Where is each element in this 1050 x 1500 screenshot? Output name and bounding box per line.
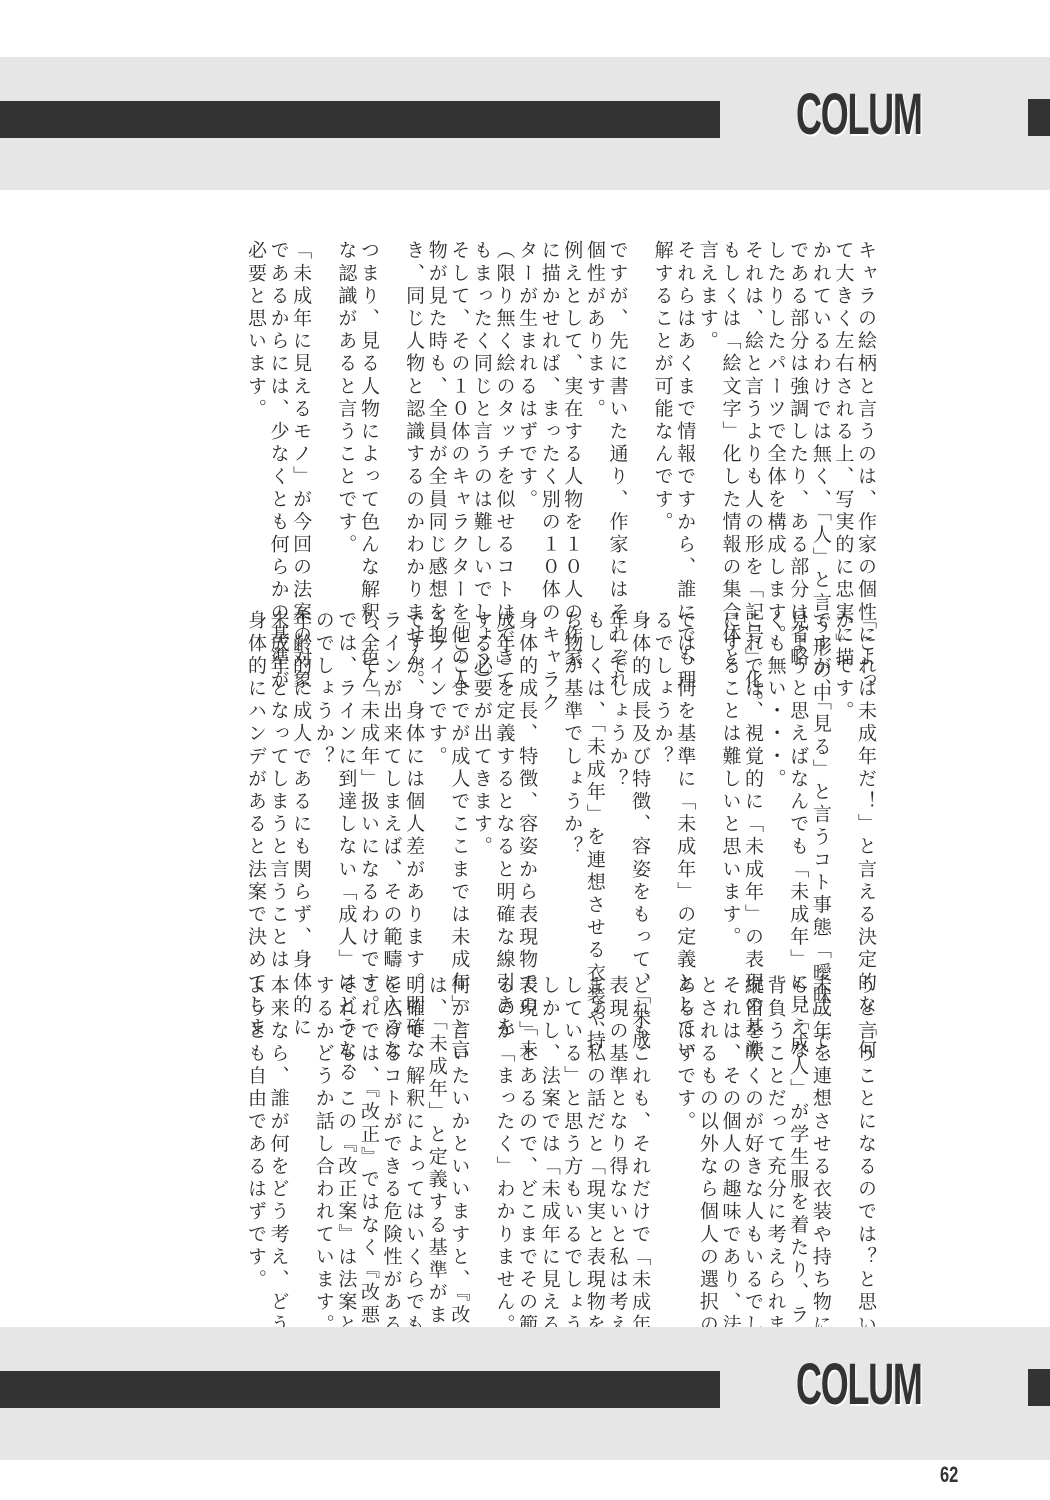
footer-banner: COLUM (0, 1327, 1050, 1460)
text-line: るのか「まったく」わかりません。 (493, 975, 516, 1337)
text-line: するかどうか話し合われています。 (312, 975, 335, 1337)
banner-bar (0, 101, 720, 138)
text-line: 必要と思います。 (244, 240, 267, 421)
text-line: 例えとして、実在する人物を１０人の作家 (561, 240, 584, 669)
page-number: 62 (940, 1462, 958, 1488)
text-line: したりしたパーツで全体を構成します。 (764, 240, 787, 647)
text-line: うラインです。 (425, 610, 448, 768)
text-line: する必要が出てきます。 (470, 610, 493, 859)
text-line: ら全て「未成年」扱いになるわけです。 (357, 610, 380, 1017)
text-line: くも無い・・・。 (764, 610, 787, 791)
text-line: な認識があると言うことです。 (335, 240, 358, 556)
text-line: もしくは「絵文字」化した情報の集合体と (719, 240, 742, 669)
text-line: ターが生まれるはずです。 (516, 240, 539, 511)
text-line: 年」でしょうか？ (606, 610, 629, 791)
text-line: している」と思う方もいるでしょう。 (561, 975, 584, 1359)
text-line: である部分は強調したり、ある部分は省略 (787, 240, 810, 669)
text-line: あるはずです。 (674, 975, 697, 1133)
header-banner: COLUM (0, 57, 1050, 190)
banner-square (1028, 1369, 1050, 1406)
text-line: 物が見た時も、全員が全員同じ感想を抱 (425, 240, 448, 647)
banner-title: COLUM (796, 1355, 899, 1415)
text-line: 未成年となってしまうと言うことは (267, 610, 290, 972)
text-line: にすることは難しいと思います。 (719, 610, 742, 949)
text-line: ようとも自由であるはずです。 (244, 975, 267, 1291)
banner-title: COLUM (796, 85, 899, 145)
text-line: のでしょうか？ (312, 610, 335, 768)
banner-square (1028, 99, 1050, 136)
text-line: 未成年を連想させる衣装や持ち物にして (809, 975, 832, 1382)
text-line: 言えます。 (696, 240, 719, 353)
text-line: 解することが可能なんです。 (651, 240, 674, 534)
text-line: て大きく左右される上、写実的に忠実に描 (832, 240, 855, 669)
text-line: か」です。 (832, 610, 855, 723)
text-line: 個性があります。 (583, 240, 606, 421)
text-line: るでしょうか？ (651, 610, 674, 768)
text-line: 背負うことだって充分に考えられます。 (764, 975, 787, 1382)
banner-bar (0, 1371, 720, 1408)
text-line: ち物が基準でしょうか？ (561, 610, 584, 859)
